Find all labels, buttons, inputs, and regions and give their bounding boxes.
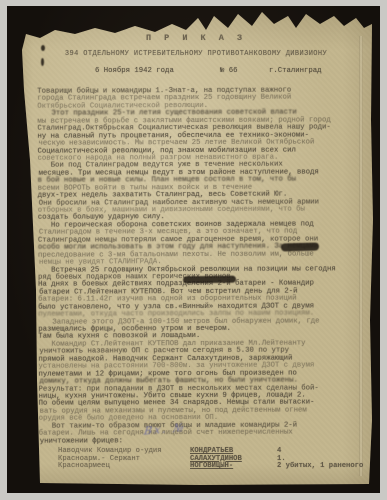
scanned-document-photo: П Р И К А З 394 ОТДЕЛЬНОМУ ИСТРЕБИТЕЛЬНО… xyxy=(0,0,387,500)
body-line: батареи: 6.11.42г изучив на одной из обо… xyxy=(38,296,360,305)
signature-block: Наводчик Командир о-удия КОНДРАТЬЕВ 4 Кр… xyxy=(7,447,380,470)
paper-sheet: П Р И К А З 394 ОТДЕЛЬНОМУ ИСТРЕБИТЕЛЬНО… xyxy=(7,6,380,493)
signature-row: Красноармеец НОГОВИЦЫН- 2 убитых, 1 ране… xyxy=(7,462,380,470)
signature-tally: 2 убитых, 1 раненого xyxy=(277,462,363,470)
order-subtitle: 394 ОТДЕЛЬНОМУ ИСТРЕБИТЕЛЬНОМУ ПРОТИВОТА… xyxy=(22,50,370,58)
body-line: немцы не увидят СТАЛИНГРАДА. xyxy=(39,258,361,267)
order-place: г.Сталинград xyxy=(269,67,322,75)
order-body: Товарищи бойцы и командиры 1.-Знат-а, на… xyxy=(37,87,361,445)
body-line: установлены на расстоянии 700-800м. за у… xyxy=(38,362,360,371)
body-line: уничтожении фрицев: xyxy=(40,437,362,446)
ink-speck xyxy=(41,58,44,66)
signature-row: Наводчик Командир о-удия КОНДРАТЬЕВ 4 xyxy=(7,447,380,455)
photo-dark-background: П Р И К А З 394 ОТДЕЛЬНОМУ ИСТРЕБИТЕЛЬНО… xyxy=(7,6,380,493)
ink-speck xyxy=(41,45,45,51)
ink-blot xyxy=(183,276,236,284)
signature-role: Красноармеец xyxy=(58,462,110,470)
ink-blot xyxy=(281,243,319,252)
body-line: всеми ВОРОТЬ войти в тылы наших войск и … xyxy=(38,184,360,193)
body-line: уничтожить названную ОП с расчетом сегод… xyxy=(39,348,361,357)
body-line: ческую независимость. Мы встречаем 25 ле… xyxy=(38,139,360,148)
body-line: Сталинград.Октябрьская Социалистическая … xyxy=(37,124,359,133)
body-line: отборных в боях, машинами и дивизионными… xyxy=(38,206,360,215)
signature-name: НОГОВИЦЫН- xyxy=(190,462,276,470)
order-number: № 66 xyxy=(220,67,238,75)
body-line: Западнее этого ДЗОТ-а 100-150 метров был… xyxy=(39,318,361,327)
body-line: Результат: при попадании в ДЗОТ в нескол… xyxy=(39,385,361,394)
order-title: П Р И К А З xyxy=(22,33,370,43)
order-date: 6 Ноября 1942 года xyxy=(95,67,174,75)
